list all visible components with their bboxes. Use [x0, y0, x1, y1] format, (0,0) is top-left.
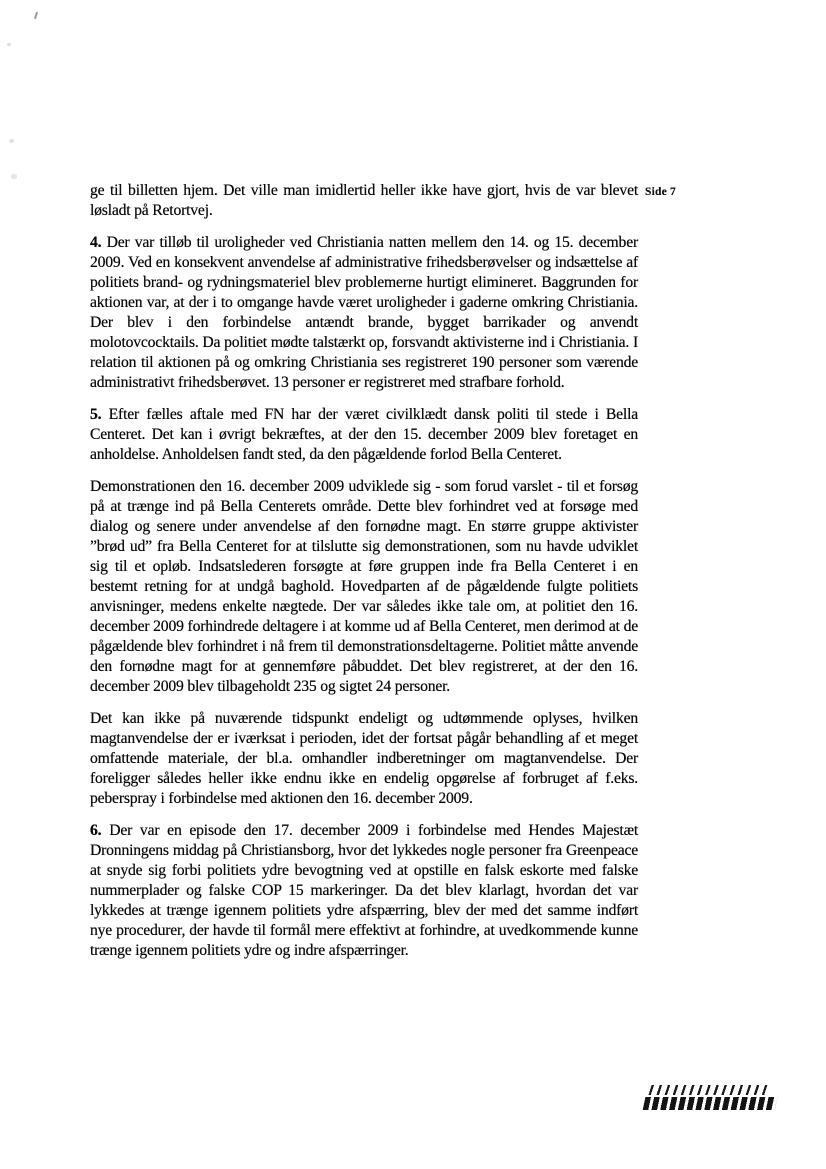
paragraph-text: Demonstrationen den 16. december 2009 ud… [90, 478, 638, 695]
paragraph-number: 4. [90, 234, 101, 251]
scan-artifact [9, 139, 14, 143]
scan-artifact [11, 174, 17, 179]
paragraph-4: 4. Der var tilløb til uroligheder ved Ch… [90, 233, 638, 393]
paragraph-text: Efter fælles aftale med FN har der været… [90, 406, 638, 463]
paragraph-number: 6. [90, 822, 101, 839]
scan-artifact [34, 12, 38, 19]
page-number-label: Side 7 [645, 186, 676, 198]
scan-artifact [7, 43, 11, 46]
paragraph-text: Der var tilløb til uroligheder ved Chris… [90, 234, 638, 391]
paragraph-continuation: ge til billetten hjem. Det ville man imi… [90, 181, 638, 221]
binding-mark [644, 1085, 778, 1113]
paragraph-text: Der var en episode den 17. december 2009… [90, 822, 638, 959]
paragraph-text: ge til billetten hjem. Det ville man imi… [90, 182, 638, 219]
paragraph-text: Det kan ikke på nuværende tidspunkt ende… [90, 710, 638, 807]
scanned-document-page: Side 7 ge til billetten hjem. Det ville … [0, 0, 826, 1169]
paragraph-6: 6. Der var en episode den 17. december 2… [90, 821, 638, 961]
paragraph-5: 5. Efter fælles aftale med FN har der væ… [90, 405, 638, 465]
document-body: ge til billetten hjem. Det ville man imi… [90, 181, 638, 973]
binding-mark-bars-icon [643, 1097, 778, 1110]
paragraph-number: 5. [90, 406, 101, 423]
paragraph-demonstration: Demonstrationen den 16. december 2009 ud… [90, 477, 638, 697]
paragraph-magtanvendelse: Det kan ikke på nuværende tidspunkt ende… [90, 709, 638, 809]
binding-mark-slashes-icon [648, 1085, 772, 1095]
